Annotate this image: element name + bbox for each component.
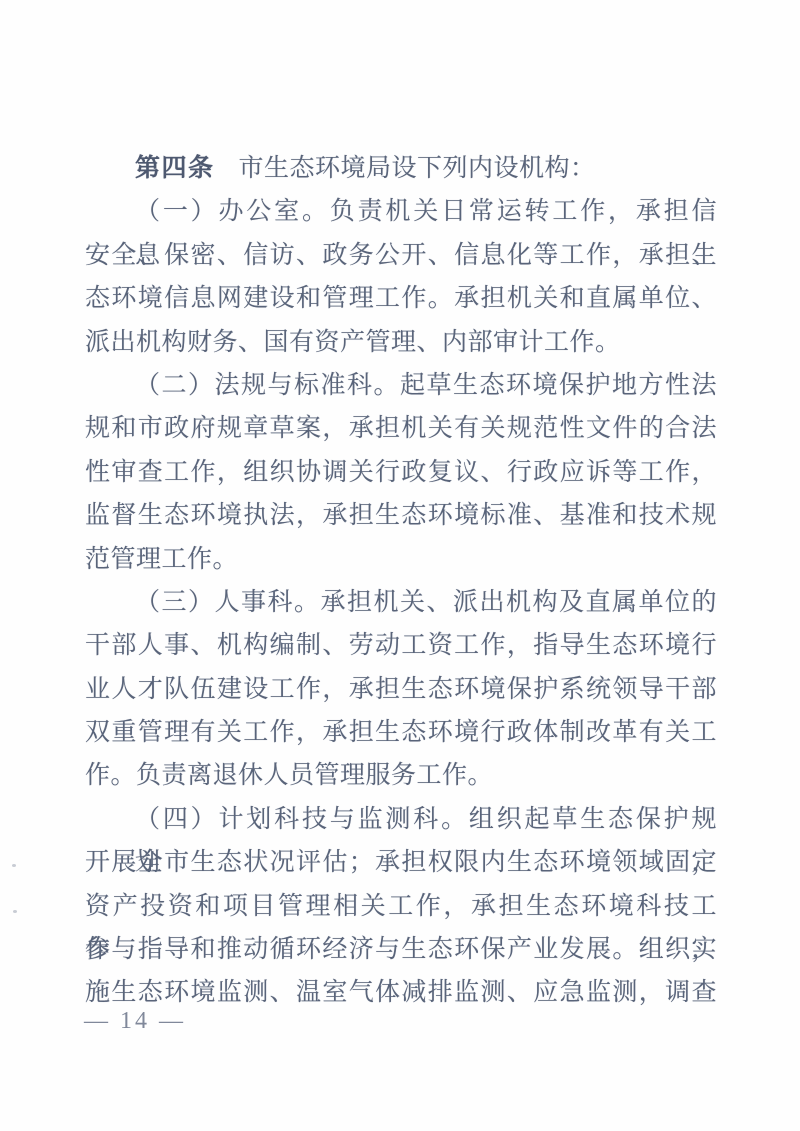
text-line: 安全、保密、信访、政务公开、信息化等工作，承担生 [85,234,717,277]
text-line: 业人才队伍建设工作，承担生态环境保护系统领导干部 [85,668,717,711]
paragraph-planning-tech-monitoring: （四）计划科技与监测科。组织起草生态保护规划， 开展全市生态状况评估；承担权限内… [85,798,717,1015]
document-body: 第四条市生态环境局设下列内设机构： （一）办公室。负责机关日常运转工作，承担信息… [85,147,717,1015]
text-line: 规和市政府规章草案，承担机关有关规范性文件的合法 [85,407,717,450]
text-line: 性审查工作，组织协调关行政复议、行政应诉等工作， [85,451,717,494]
text-line: 资产投资和项目管理相关工作，承担生态环境科技工作， [85,885,717,928]
article-heading: 第四条市生态环境局设下列内设机构： [85,147,717,190]
text-line: （三）人事科。承担机关、派出机构及直属单位的 [85,581,717,624]
text-line: 监督生态环境执法，承担生态环境标准、基准和技术规 [85,494,717,537]
scan-artifact-speck [13,910,17,913]
text-line: 作。负责离退休人员管理服务工作。 [85,754,717,797]
text-line: 态环境信息网建设和管理工作。承担机关和直属单位、 [85,277,717,320]
text-line: 双重管理有关工作，承担生态环境行政体制改革有关工 [85,711,717,754]
text-line: 派出机构财务、国有资产管理、内部审计工作。 [85,321,717,364]
text-line: 参与指导和推动循环经济与生态环保产业发展。组织实 [85,928,717,971]
text-line: 干部人事、机构编制、劳动工资工作，指导生态环境行 [85,624,717,667]
paragraph-regulations-standards: （二）法规与标准科。起草生态环境保护地方性法 规和市政府规章草案，承担机关有关规… [85,364,717,581]
page-number: — 14 — [84,1006,186,1036]
text-line: （二）法规与标准科。起草生态环境保护地方性法 [85,364,717,407]
article-title: 市生态环境局设下列内设机构： [239,155,596,182]
paragraph-personnel: （三）人事科。承担机关、派出机构及直属单位的 干部人事、机构编制、劳动工资工作，… [85,581,717,798]
scanned-document-page: 第四条市生态环境局设下列内设机构： （一）办公室。负责机关日常运转工作，承担信息… [0,0,800,1131]
text-line: 开展全市生态状况评估；承担权限内生态环境领域固定 [85,841,717,884]
text-line: （四）计划科技与监测科。组织起草生态保护规划， [85,798,717,841]
article-number: 第四条 [135,155,215,182]
scan-artifact-speck [12,864,16,867]
text-line: （一）办公室。负责机关日常运转工作，承担信息、 [85,190,717,233]
text-line: 范管理工作。 [85,538,717,581]
paragraph-office: （一）办公室。负责机关日常运转工作，承担信息、 安全、保密、信访、政务公开、信息… [85,190,717,364]
